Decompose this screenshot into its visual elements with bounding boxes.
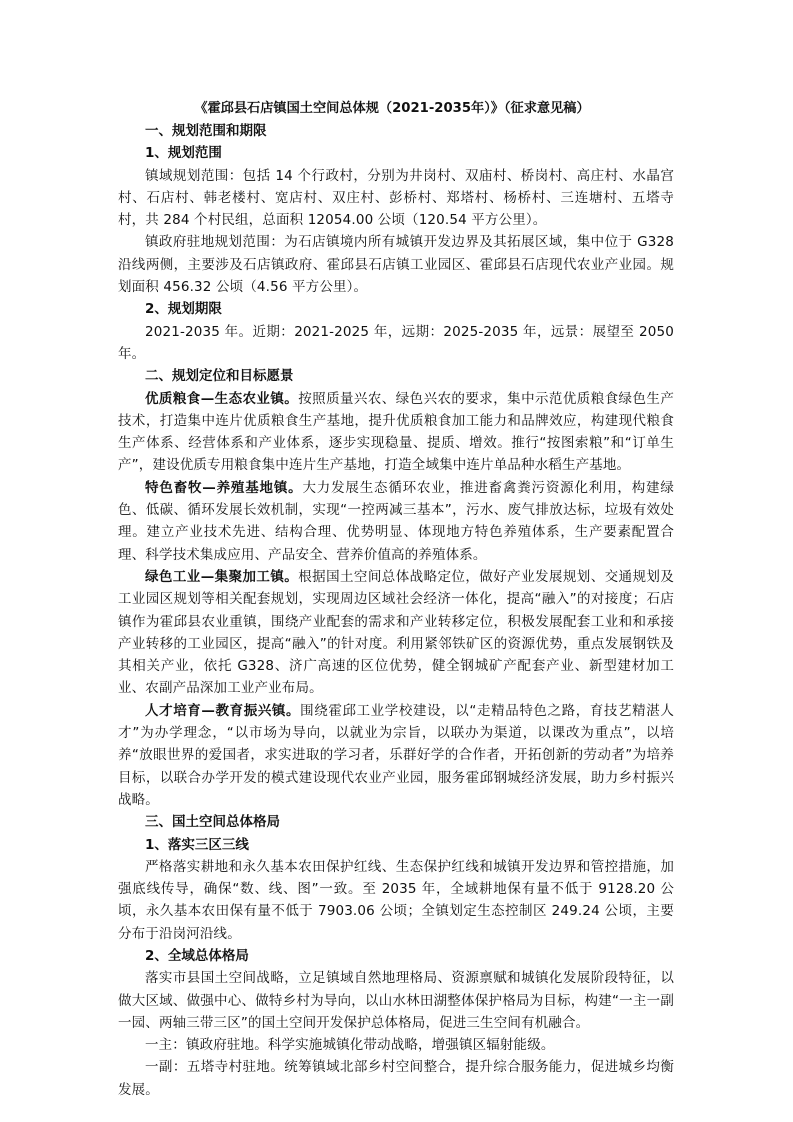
paragraph: 严格落实耕地和永久基本农田保护红线、生态保护红线和城镇开发边界和管控措施，加强底… (118, 856, 674, 945)
paragraph: 一副：五塔寺村驻地。统筹镇域北部乡村空间整合，提升综合服务能力，促进城乡均衡发展… (118, 1056, 674, 1101)
paragraph: 落实市县国土空间战略，立足镇域自然地理格局、资源禀赋和城镇化发展阶段特征，以做大… (118, 967, 674, 1034)
paragraph: 镇政府驻地规划范围：为石店镇境内所有城镇开发边界及其拓展区域，集中位于 G328… (118, 231, 674, 298)
section-heading: 一、规划范围和期限 (118, 120, 674, 142)
paragraph-lead: 绿色工业—集聚加工镇。 (145, 569, 298, 585)
subsection-heading: 1、落实三区三线 (118, 834, 674, 856)
subsection-heading: 1、规划范围 (118, 142, 674, 164)
paragraph: 特色畜牧—养殖基地镇。大力发展生态循环农业，推进畜禽粪污资源化利用，构建绿色、低… (118, 477, 674, 566)
paragraph: 绿色工业—集聚加工镇。根据国土空间总体战略定位，做好产业发展规划、交通规划及工业… (118, 566, 674, 700)
paragraph: 2021-2035 年。近期：2021-2025 年，远期：2025-2035 … (118, 321, 674, 366)
paragraph-body: 根据国土空间总体战略定位，做好产业发展规划、交通规划及工业园区规划等相关配套规划… (118, 569, 674, 696)
section-heading: 三、国土空间总体格局 (118, 811, 674, 833)
paragraph: 镇域规划范围：包括 14 个行政村，分别为井岗村、双庙村、桥岗村、高庄村、水晶宫… (118, 165, 674, 232)
document-page: 《霍邱县石店镇国土空间总体规（2021-2035年）》（征求意见稿） 一、规划范… (118, 98, 674, 1101)
subsection-heading: 2、全域总体格局 (118, 945, 674, 967)
paragraph: 优质粮食—生态农业镇。按照质量兴农、绿色兴农的要求，集中示范优质粮食绿色生产技术… (118, 388, 674, 477)
subsection-heading: 2、规划期限 (118, 298, 674, 320)
paragraph-lead: 优质粮食—生态农业镇。 (145, 391, 298, 407)
section-heading: 二、规划定位和目标愿景 (118, 365, 674, 387)
document-title: 《霍邱县石店镇国土空间总体规（2021-2035年）》（征求意见稿） (110, 98, 674, 120)
paragraph: 一主：镇政府驻地。科学实施城镇化带动战略，增强镇区辐射能级。 (118, 1034, 674, 1056)
paragraph-lead: 人才培育—教育振兴镇。 (145, 703, 300, 719)
paragraph: 人才培育—教育振兴镇。围绕霍邱工业学校建设，以“走精品特色之路，育技艺精湛人才”… (118, 700, 674, 811)
paragraph-lead: 特色畜牧—养殖基地镇。 (145, 480, 302, 496)
